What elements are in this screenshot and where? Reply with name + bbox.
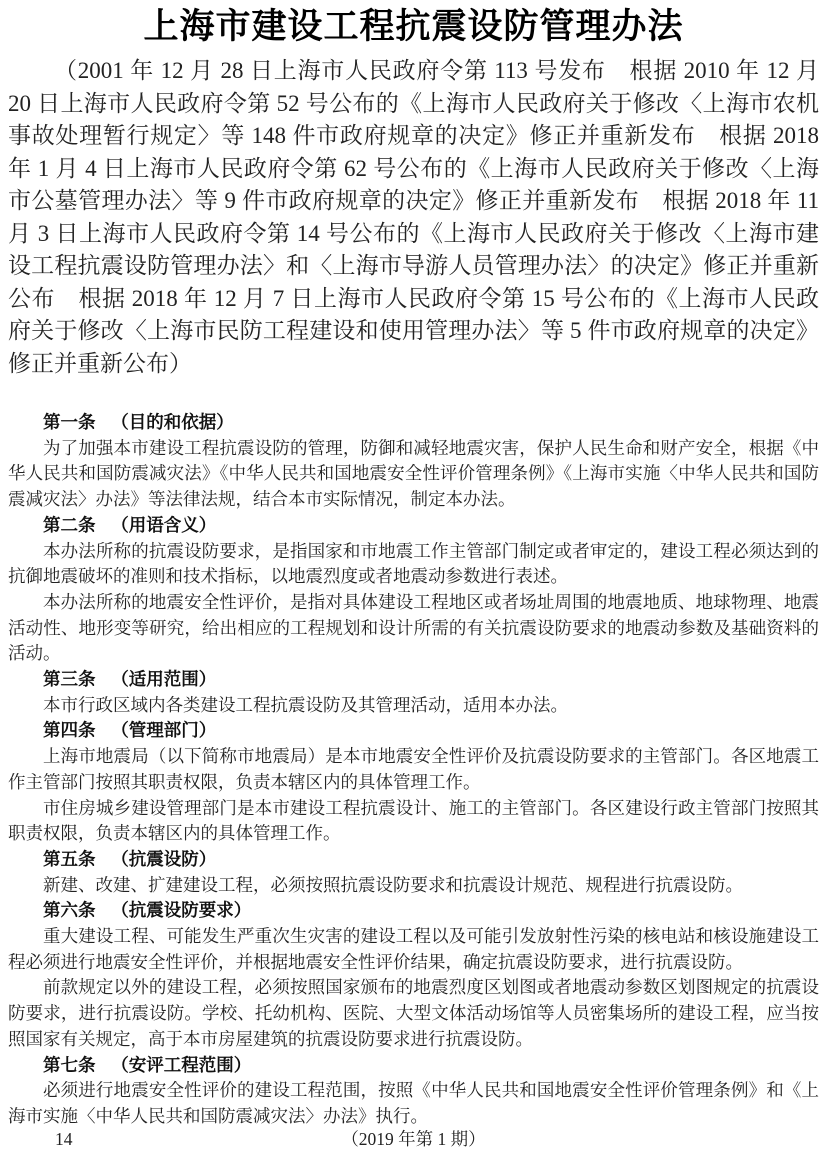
article-number: 第三条 xyxy=(43,669,96,689)
article-paragraph: 本市行政区域内各类建设工程抗震设防及其管理活动，适用本办法。 xyxy=(8,693,819,719)
article-paragraph: 上海市地震局（以下简称市地震局）是本市地震安全性评价及抗震设防要求的主管部门。各… xyxy=(8,744,819,795)
article-number: 第七条 xyxy=(43,1055,96,1075)
article-number: 第四条 xyxy=(43,720,96,740)
article-3: 第三条（适用范围） 本市行政区域内各类建设工程抗震设防及其管理活动，适用本办法。 xyxy=(8,667,819,718)
article-paragraph: 本办法所称的地震安全性评价，是指对具体建设工程地区或者场址周围的地震地质、地球物… xyxy=(8,590,819,667)
article-heading: 第六条（抗震设防要求） xyxy=(8,898,819,924)
article-number: 第二条 xyxy=(43,515,96,535)
article-7: 第七条（安评工程范围） 必须进行地震安全性评价的建设工程范围，按照《中华人民共和… xyxy=(8,1053,819,1130)
article-paragraph: 新建、改建、扩建建设工程，必须按照抗震设防要求和抗震设计规范、规程进行抗震设防。 xyxy=(8,873,819,899)
article-note: （安评工程范围） xyxy=(111,1055,251,1075)
article-heading: 第七条（安评工程范围） xyxy=(8,1053,819,1079)
preamble: （2001 年 12 月 28 日上海市人民政府令第 113 号发布 根据 20… xyxy=(8,55,819,380)
article-number: 第五条 xyxy=(43,849,96,869)
article-4: 第四条（管理部门） 上海市地震局（以下简称市地震局）是本市地震安全性评价及抗震设… xyxy=(8,718,819,847)
article-2: 第二条（用语含义） 本办法所称的抗震设防要求，是指国家和市地震工作主管部门制定或… xyxy=(8,513,819,667)
article-5: 第五条（抗震设防） 新建、改建、扩建建设工程，必须按照抗震设防要求和抗震设计规范… xyxy=(8,847,819,898)
article-heading: 第五条（抗震设防） xyxy=(8,847,819,873)
article-number: 第一条 xyxy=(43,412,96,432)
document-page: 上海市建设工程抗震设防管理办法 （2001 年 12 月 28 日上海市人民政府… xyxy=(0,0,827,1170)
article-note: （用语含义） xyxy=(111,515,216,535)
page-number: 14 xyxy=(55,1126,73,1152)
article-paragraph: 为了加强本市建设工程抗震设防的管理，防御和减轻地震灾害，保护人民生命和财产安全，… xyxy=(8,436,819,513)
article-note: （目的和依据） xyxy=(111,412,234,432)
document-title: 上海市建设工程抗震设防管理办法 xyxy=(0,0,827,49)
issue-label: （2019 年第 1 期） xyxy=(0,1126,827,1152)
article-heading: 第四条（管理部门） xyxy=(8,718,819,744)
articles-section: 第一条（目的和依据） 为了加强本市建设工程抗震设防的管理，防御和减轻地震灾害，保… xyxy=(8,410,819,1130)
article-heading: 第一条（目的和依据） xyxy=(8,410,819,436)
article-heading: 第三条（适用范围） xyxy=(8,667,819,693)
article-paragraph: 前款规定以外的建设工程，必须按照国家颁布的地震烈度区划图或者地震动参数区划图规定… xyxy=(8,975,819,1052)
article-paragraph: 本办法所称的抗震设防要求，是指国家和市地震工作主管部门制定或者审定的，建设工程必… xyxy=(8,539,819,590)
article-paragraph: 必须进行地震安全性评价的建设工程范围，按照《中华人民共和国地震安全性评价管理条例… xyxy=(8,1078,819,1129)
article-paragraph: 市住房城乡建设管理部门是本市建设工程抗震设计、施工的主管部门。各区建设行政主管部… xyxy=(8,796,819,847)
article-note: （适用范围） xyxy=(111,669,216,689)
article-1: 第一条（目的和依据） 为了加强本市建设工程抗震设防的管理，防御和减轻地震灾害，保… xyxy=(8,410,819,513)
article-paragraph: 重大建设工程、可能发生严重次生灾害的建设工程以及可能引发放射性污染的核电站和核设… xyxy=(8,924,819,975)
article-note: （抗震设防） xyxy=(111,849,216,869)
article-heading: 第二条（用语含义） xyxy=(8,513,819,539)
article-note: （抗震设防要求） xyxy=(111,900,251,920)
article-number: 第六条 xyxy=(43,900,96,920)
article-6: 第六条（抗震设防要求） 重大建设工程、可能发生严重次生灾害的建设工程以及可能引发… xyxy=(8,898,819,1052)
article-note: （管理部门） xyxy=(111,720,216,740)
page-footer: 14 （2019 年第 1 期） xyxy=(0,1126,827,1152)
